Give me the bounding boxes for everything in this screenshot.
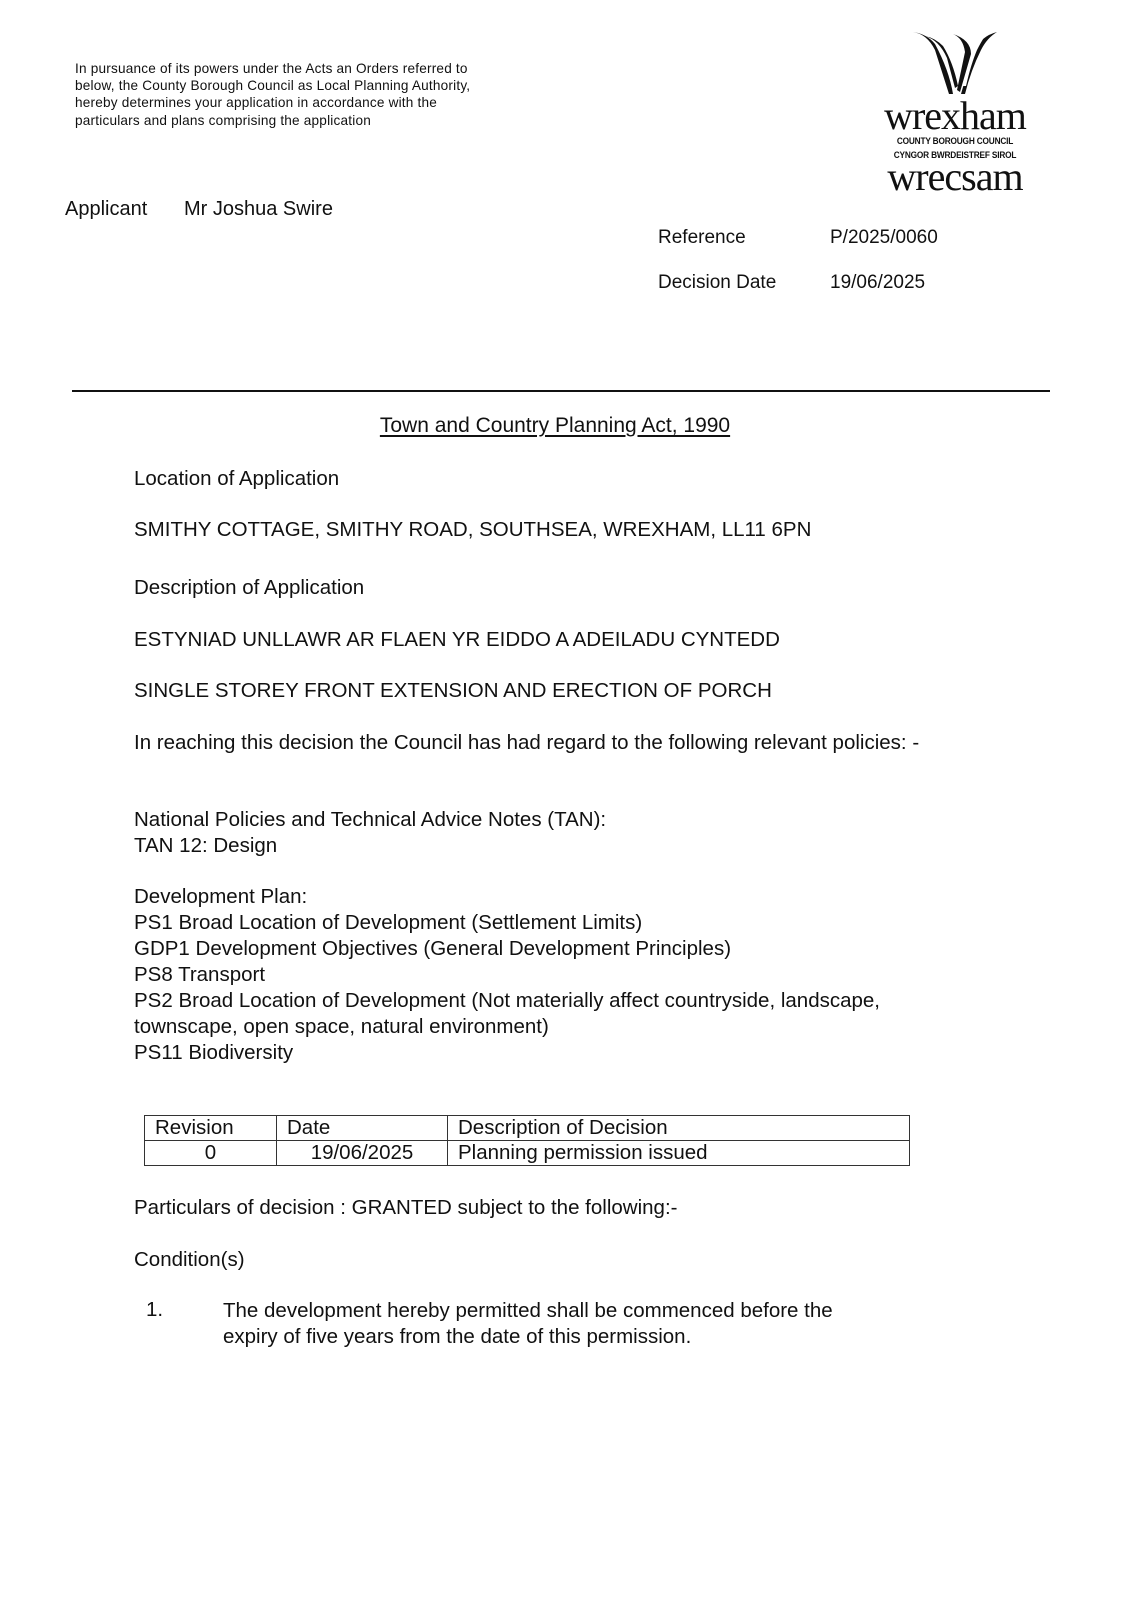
decision-date-value: 19/06/2025 [830,272,925,294]
table-header-row: Revision Date Description of Decision [145,1116,910,1141]
development-plan-item: PS11 Biodiversity [134,1040,974,1066]
description-welsh: ESTYNIAD UNLLAWR AR FLAEN YR EIDDO A ADE… [134,627,974,653]
condition-number: 1. [146,1298,163,1322]
logo-subtitle-english: COUNTY BOROUGH COUNCIL [886,134,1024,148]
preamble-text: In pursuance of its powers under the Act… [75,60,495,129]
cell-description: Planning permission issued [448,1141,910,1166]
cell-date: 19/06/2025 [277,1141,448,1166]
divider [72,390,1050,392]
act-title-text: Town and Country Planning Act, 1990 [380,414,730,437]
national-policy-item: TAN 12: Design [134,833,974,859]
reference-value: P/2025/0060 [830,227,938,249]
description-heading: Description of Application [134,575,974,601]
council-logo: wrexham COUNTY BOROUGH COUNCIL CYNGOR BW… [880,30,1030,195]
w-emblem-icon [905,30,1005,100]
location-heading: Location of Application [134,466,974,492]
column-header-description: Description of Decision [448,1116,910,1141]
column-header-revision: Revision [145,1116,277,1141]
applicant-label: Applicant [65,198,147,221]
regard-text: In reaching this decision the Council ha… [134,730,974,756]
development-plan: Development Plan: PS1 Broad Location of … [134,884,974,1066]
act-title: Town and Country Planning Act, 1990 [0,414,1110,438]
national-policies: National Policies and Technical Advice N… [134,807,974,859]
development-plan-item: GDP1 Development Objectives (General Dev… [134,936,974,962]
column-header-date: Date [277,1116,448,1141]
decision-table: Revision Date Description of Decision 0 … [144,1115,910,1166]
description-english: SINGLE STOREY FRONT EXTENSION AND ERECTI… [134,678,974,704]
development-plan-item: PS2 Broad Location of Development (Not m… [134,988,964,1040]
location-value: SMITHY COTTAGE, SMITHY ROAD, SOUTHSEA, W… [134,517,974,543]
decision-date-label: Decision Date [658,272,776,294]
development-plan-item: PS1 Broad Location of Development (Settl… [134,910,974,936]
cell-revision: 0 [145,1141,277,1166]
table-row: 0 19/06/2025 Planning permission issued [145,1141,910,1166]
conditions-heading: Condition(s) [134,1247,974,1273]
particulars-of-decision: Particulars of decision : GRANTED subjec… [134,1195,974,1221]
logo-subtitle-welsh: CYNGOR BWRDEISTREF SIROL [886,148,1024,162]
condition-text: The development hereby permitted shall b… [223,1298,883,1350]
reference-label: Reference [658,227,746,249]
development-plan-item: PS8 Transport [134,962,974,988]
development-plan-heading: Development Plan: [134,884,974,910]
national-policies-heading: National Policies and Technical Advice N… [134,807,974,833]
applicant-value: Mr Joshua Swire [184,198,333,221]
logo-name-english: wrexham [880,98,1030,134]
logo-name-welsh: wrecsam [880,162,1030,192]
